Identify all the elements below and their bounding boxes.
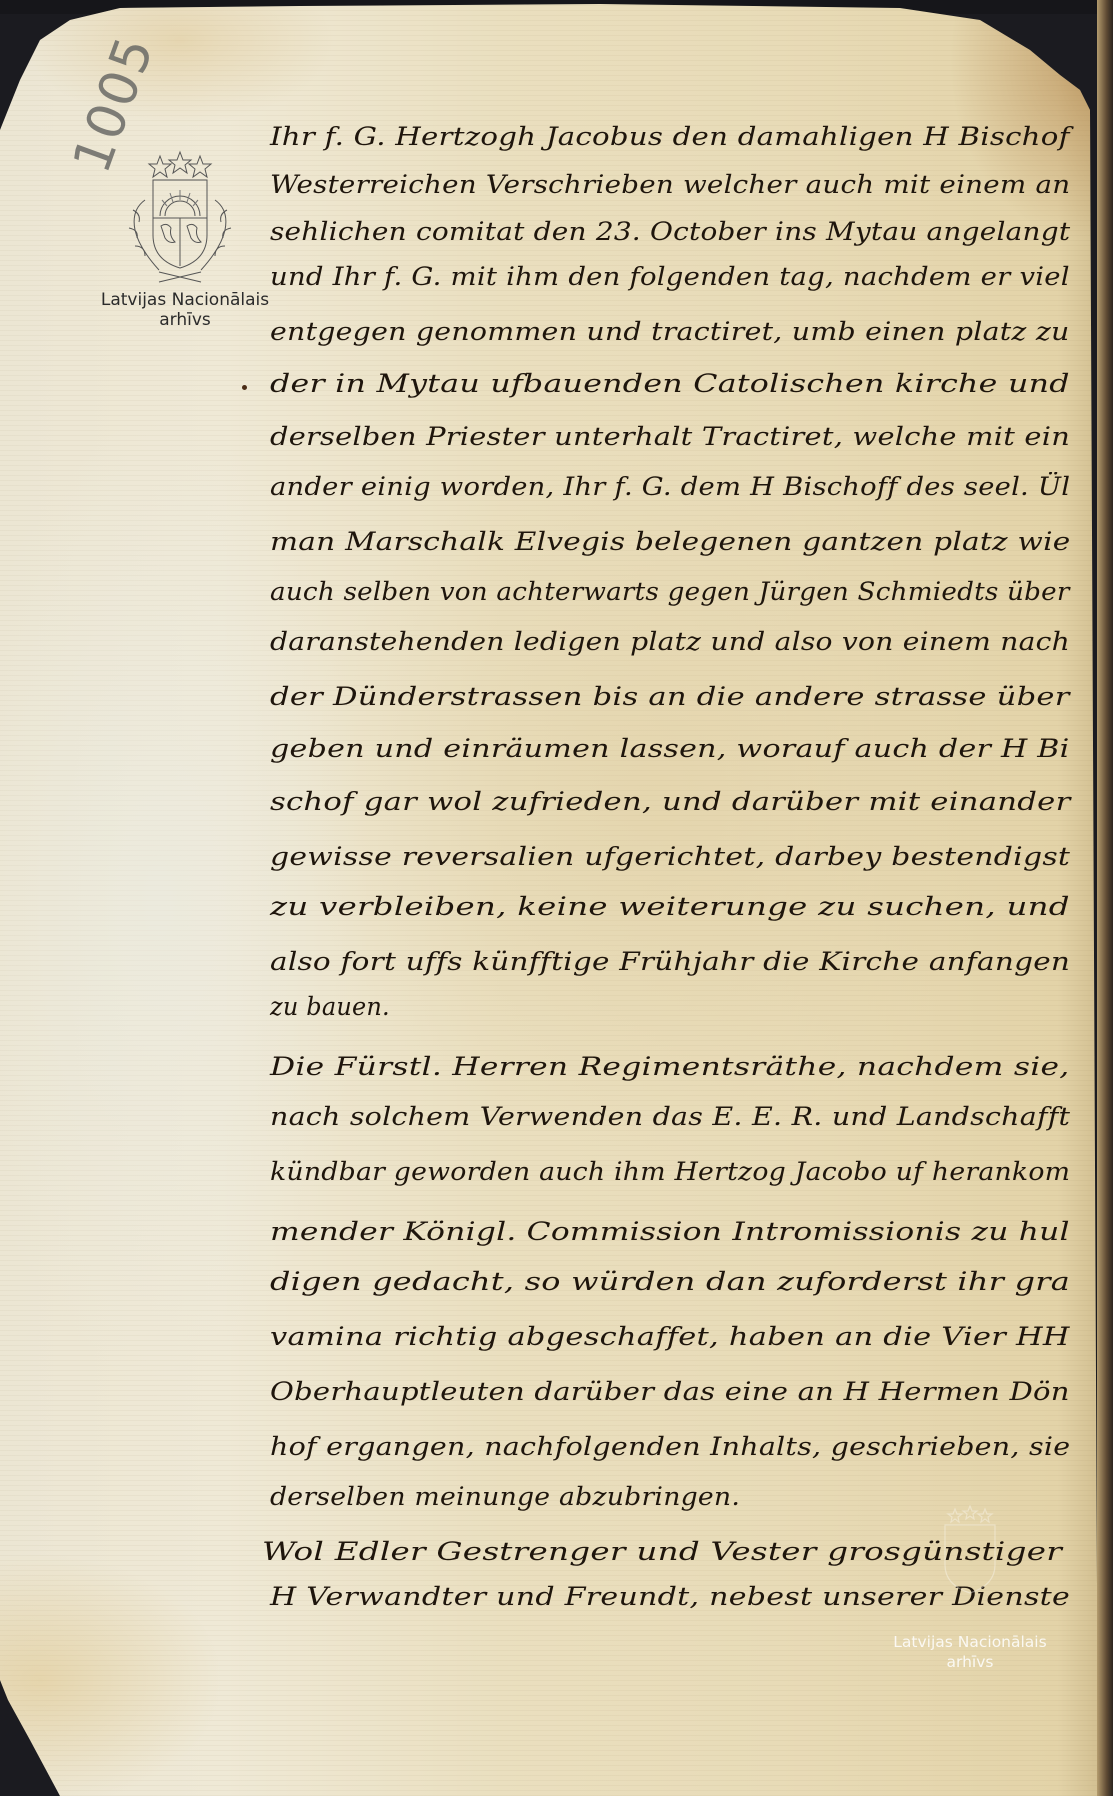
manuscript-line: also fort uffs künfftige Frühjahr die Ki…: [270, 947, 1070, 976]
manuscript-line: der Dünderstrassen bis an die andere str…: [270, 682, 1070, 711]
watermark-name-line2: arhīvs: [855, 1652, 1085, 1672]
manuscript-line: mender Königl. Commission Intromissionis…: [270, 1217, 1070, 1246]
manuscript-line: ander einig worden, Ihr f. G. dem H Bisc…: [270, 472, 1070, 501]
ink-blot: [242, 385, 247, 390]
manuscript-line: geben und einräumen lassen, worauf auch …: [270, 734, 1070, 763]
manuscript-line: hof ergangen, nachfolgenden Inhalts, ges…: [270, 1432, 1070, 1461]
manuscript-line: Oberhauptleuten darüber das eine an H He…: [270, 1377, 1070, 1406]
binding-edge: [1097, 0, 1113, 1796]
manuscript-line: und Ihr f. G. mit ihm den folgenden tag,…: [270, 262, 1070, 291]
manuscript-line: der in Mytau ufbauenden Catolischen kirc…: [270, 369, 1070, 398]
archive-coat-of-arms-icon: [115, 150, 245, 290]
watermark-coat-of-arms-icon: [935, 1505, 1005, 1595]
manuscript-line: schof gar wol zufrieden, und darüber mit…: [270, 787, 1070, 816]
manuscript-line: digen gedacht, so würden dan zuforderst …: [270, 1267, 1070, 1296]
manuscript-line: nach solchem Verwenden das E. E. R. und …: [270, 1102, 1070, 1131]
manuscript-line: daranstehenden ledigen platz und also vo…: [270, 627, 1070, 656]
manuscript-line: auch selben von achterwarts gegen Jürgen…: [270, 577, 1070, 606]
manuscript-line: zu bauen.: [270, 992, 390, 1021]
manuscript-line: sehlichen comitat den 23. October ins My…: [270, 217, 1070, 246]
archive-name: Latvijas Nacionālais: [60, 290, 310, 310]
manuscript-line: zu verbleiben, keine weiterunge zu suche…: [270, 892, 1070, 921]
manuscript-line: Die Fürstl. Herren Regimentsräthe, nachd…: [270, 1052, 1070, 1081]
manuscript-line: Westerreichen Verschrieben welcher auch …: [270, 170, 1070, 199]
manuscript-line: gewisse reversalien ufgerichtet, darbey …: [270, 842, 1070, 871]
manuscript-line: entgegen genommen und tractiret, umb ein…: [270, 317, 1070, 346]
manuscript-line: derselben meinunge abzubringen.: [270, 1482, 740, 1511]
manuscript-line: Ihr f. G. Hertzogh Jacobus den damahlige…: [270, 122, 1070, 151]
watermark-label: Latvijas Nacionālais arhīvs: [855, 1632, 1085, 1672]
manuscript-line: derselben Priester unterhalt Tractiret, …: [270, 422, 1070, 451]
watermark-name: Latvijas Nacionālais: [855, 1632, 1085, 1652]
manuscript-line: man Marschalk Elvegis belegenen gantzen …: [270, 527, 1071, 556]
manuscript-line: kündbar geworden auch ihm Hertzog Jacobo…: [270, 1157, 1070, 1186]
manuscript-line: vamina richtig abgeschaffet, haben an di…: [270, 1322, 1070, 1351]
